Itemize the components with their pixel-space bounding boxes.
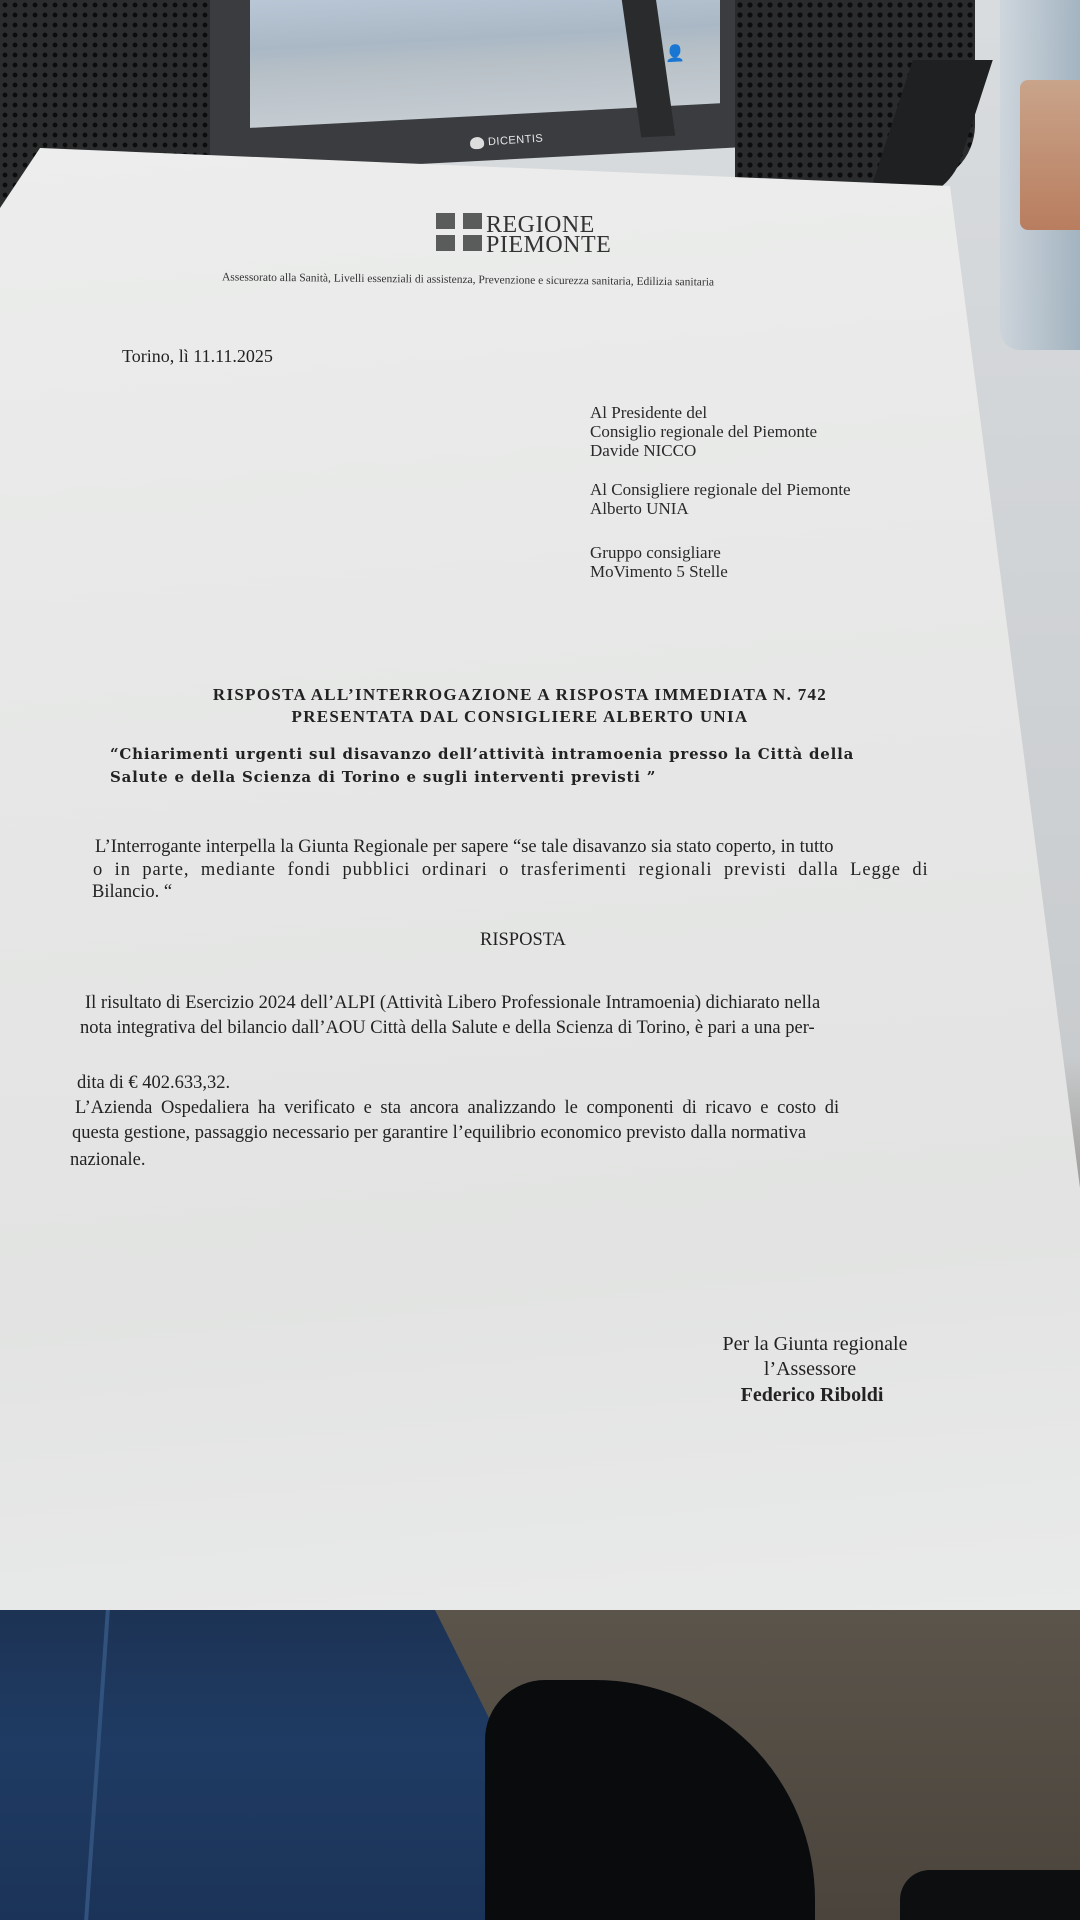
- heading-line2: PRESENTATA DAL CONSIGLIERE ALBERTO UNIA: [0, 707, 1040, 727]
- recipient-councillor: Al Consigliere regionale del Piemonte Al…: [590, 480, 851, 518]
- question-line: Bilancio. “: [92, 882, 172, 903]
- answer-line: Il risultato di Esercizio 2024 dell’ALPI…: [85, 993, 820, 1014]
- letterhead-title: REGIONE PIEMONTE: [486, 215, 611, 255]
- signature-role: Per la Giunta regionale: [665, 1333, 965, 1356]
- recipient-line: Al Presidente del: [590, 403, 817, 422]
- answer-line: L’Azienda Ospedaliera ha verificato e st…: [75, 1098, 839, 1119]
- answer-line: nazionale.: [70, 1150, 146, 1171]
- date-line: Torino, lì 11.11.2025: [122, 346, 273, 367]
- subject-line2: Salute e della Scienza di Torino e sugli…: [110, 768, 656, 786]
- recipient-president: Al Presidente del Consiglio regionale de…: [590, 403, 817, 460]
- question-line: L’Interrogante interpella la Giunta Regi…: [95, 837, 834, 858]
- subject-line1: “Chiarimenti urgenti sul disavanzo dell’…: [110, 745, 854, 763]
- question-line: o in parte, mediante fondi pubblici ordi…: [93, 860, 929, 881]
- signature-name: Federico Riboldi: [662, 1384, 962, 1407]
- recipient-group: Gruppo consigliare MoVimento 5 Stelle: [590, 543, 728, 581]
- answer-title: RISPOSTA: [480, 930, 566, 951]
- recipient-line: Gruppo consigliare: [590, 543, 728, 562]
- recipient-line: Davide NICCO: [590, 441, 817, 460]
- regione-piemonte-logo-icon: [436, 213, 482, 251]
- recipient-line: Al Consigliere regionale del Piemonte: [590, 480, 851, 499]
- recipient-line: MoVimento 5 Stelle: [590, 562, 728, 581]
- recipient-line: Consiglio regionale del Piemonte: [590, 422, 817, 441]
- answer-line: nota integrativa del bilancio dall’AOU C…: [80, 1018, 815, 1039]
- document: REGIONE PIEMONTE Assessorato alla Sanità…: [0, 0, 1080, 1920]
- signature-title: l’Assessore: [660, 1358, 960, 1381]
- heading-line1: RISPOSTA ALL’INTERROGAZIONE A RISPOSTA I…: [0, 685, 1040, 705]
- department-line: Assessorato alla Sanità, Livelli essenzi…: [222, 271, 714, 288]
- answer-line-amount: dita di € 402.633,32.: [77, 1073, 230, 1094]
- logo-line2: PIEMONTE: [486, 235, 611, 255]
- recipient-line: Alberto UNIA: [590, 499, 851, 518]
- answer-line: questa gestione, passaggio necessario pe…: [72, 1123, 806, 1144]
